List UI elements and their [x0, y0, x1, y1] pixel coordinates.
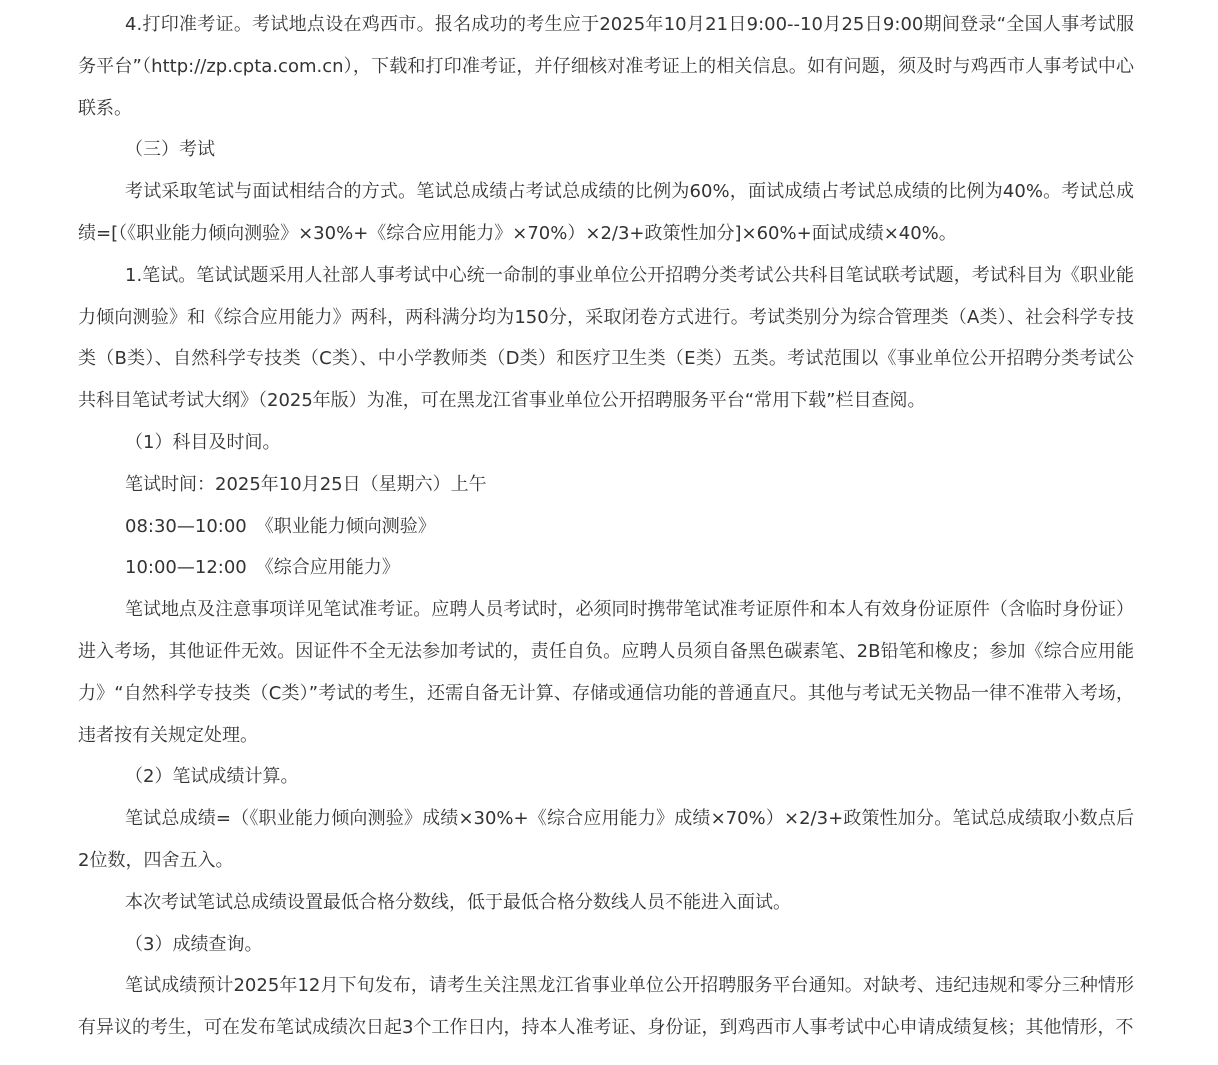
article-body: 4.打印准考证。考试地点设在鸡西市。报名成功的考生应于2025年10月21日9:… [78, 4, 1134, 1049]
paragraph-minimum-score: 本次考试笔试总成绩设置最低合格分数线，低于最低合格分数线人员不能进入面试。 [78, 882, 1134, 924]
section-heading-exam: （三）考试 [78, 129, 1134, 171]
paragraph-exam-notes: 笔试地点及注意事项详见笔试准考证。应聘人员考试时，必须同时携带笔试准考证原件和本… [78, 589, 1134, 756]
schedule-item-aptitude-test: 08:30—10:00 《职业能力倾向测验》 [78, 506, 1134, 548]
paragraph-print-admission-ticket: 4.打印准考证。考试地点设在鸡西市。报名成功的考生应于2025年10月21日9:… [78, 4, 1134, 129]
subheading-subjects-and-time: （1）科目及时间。 [78, 422, 1134, 464]
subheading-score-inquiry: （3）成绩查询。 [78, 924, 1134, 966]
paragraph-score-release: 笔试成绩预计2025年12月下旬发布，请考生关注黑龙江省事业单位公开招聘服务平台… [78, 965, 1134, 1049]
paragraph-exam-date: 笔试时间：2025年10月25日（星期六）上午 [78, 464, 1134, 506]
paragraph-exam-method: 考试采取笔试与面试相结合的方式。笔试总成绩占考试总成绩的比例为60%，面试成绩占… [78, 171, 1134, 255]
paragraph-score-formula: 笔试总成绩=（《职业能力倾向测验》成绩×30%+《综合应用能力》成绩×70%）×… [78, 798, 1134, 882]
paragraph-written-exam: 1.笔试。笔试试题采用人社部人事考试中心统一命制的事业单位公开招聘分类考试公共科… [78, 255, 1134, 422]
subheading-score-calculation: （2）笔试成绩计算。 [78, 756, 1134, 798]
schedule-item-comprehensive-ability: 10:00—12:00 《综合应用能力》 [78, 547, 1134, 589]
